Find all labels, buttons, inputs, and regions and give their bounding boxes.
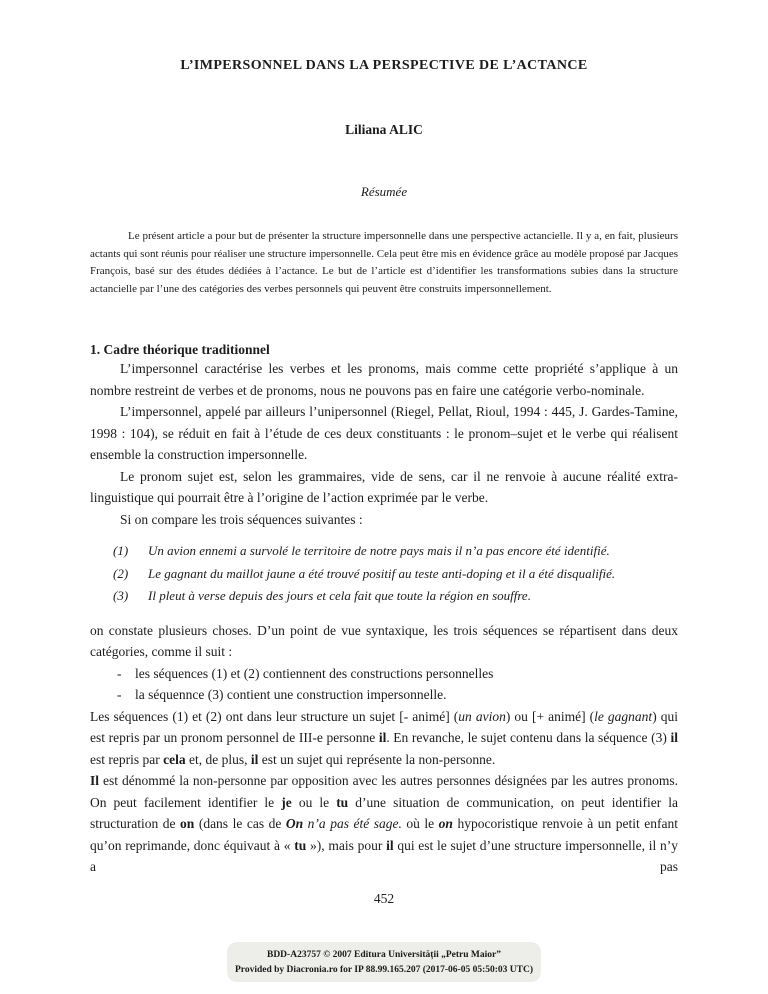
paragraph-5: on constate plusieurs choses. D’un point… bbox=[90, 620, 678, 663]
paper-author: Liliana ALIC bbox=[90, 122, 678, 138]
page-number: 452 bbox=[0, 891, 768, 907]
footer-line-1: BDD-A23757 © 2007 Editura Universității … bbox=[227, 948, 541, 963]
example-2-number: (2) bbox=[113, 563, 128, 586]
document-page: L’IMPERSONNEL DANS LA PERSPECTIVE DE L’A… bbox=[0, 0, 768, 994]
example-3: (3) Il pleut à verse depuis des jours et… bbox=[90, 585, 678, 608]
abstract-heading: Résumée bbox=[90, 184, 678, 200]
dash-item-2-text: la séquennce (3) contient une constructi… bbox=[135, 687, 447, 702]
example-1-text: Un avion ennemi a survolé le territoire … bbox=[148, 543, 610, 558]
paper-title: L’IMPERSONNEL DANS LA PERSPECTIVE DE L’A… bbox=[90, 58, 678, 74]
dash-bullet: - bbox=[117, 684, 122, 706]
example-1-number: (1) bbox=[113, 540, 128, 563]
paragraph-2: L’impersonnel, appelé par ailleurs l’uni… bbox=[90, 401, 678, 466]
example-2-text: Le gagnant du maillot jaune a été trouvé… bbox=[148, 566, 615, 581]
provenance-footer: BDD-A23757 © 2007 Editura Universității … bbox=[227, 942, 541, 982]
dash-bullet: - bbox=[117, 663, 122, 685]
paragraph-7: Il est dénommé la non-personne par oppos… bbox=[90, 770, 678, 878]
dash-item-1: - les séquences (1) et (2) contiennent d… bbox=[90, 663, 678, 685]
abstract-text: Le présent article a pour but de présent… bbox=[90, 228, 678, 298]
page-content: L’IMPERSONNEL DANS LA PERSPECTIVE DE L’A… bbox=[0, 0, 768, 878]
example-2: (2) Le gagnant du maillot jaune a été tr… bbox=[90, 563, 678, 586]
paragraph-1: L’impersonnel caractérise les verbes et … bbox=[90, 358, 678, 401]
paragraph-4: Si on compare les trois séquences suivan… bbox=[90, 509, 678, 531]
example-3-text: Il pleut à verse depuis des jours et cel… bbox=[148, 588, 531, 603]
paragraph-6: Les séquences (1) et (2) ont dans leur s… bbox=[90, 706, 678, 771]
dash-item-1-text: les séquences (1) et (2) contiennent des… bbox=[135, 666, 493, 681]
footer-line-2: Provided by Diacronia.ro for IP 88.99.16… bbox=[227, 963, 541, 978]
dash-item-2: - la séquennce (3) contient une construc… bbox=[90, 684, 678, 706]
section-1-heading: 1. Cadre théorique traditionnel bbox=[90, 342, 678, 358]
numbered-examples: (1) Un avion ennemi a survolé le territo… bbox=[90, 540, 678, 608]
dash-list: - les séquences (1) et (2) contiennent d… bbox=[90, 663, 678, 706]
example-3-number: (3) bbox=[113, 585, 128, 608]
paragraph-3: Le pronom sujet est, selon les grammaire… bbox=[90, 466, 678, 509]
example-1: (1) Un avion ennemi a survolé le territo… bbox=[90, 540, 678, 563]
